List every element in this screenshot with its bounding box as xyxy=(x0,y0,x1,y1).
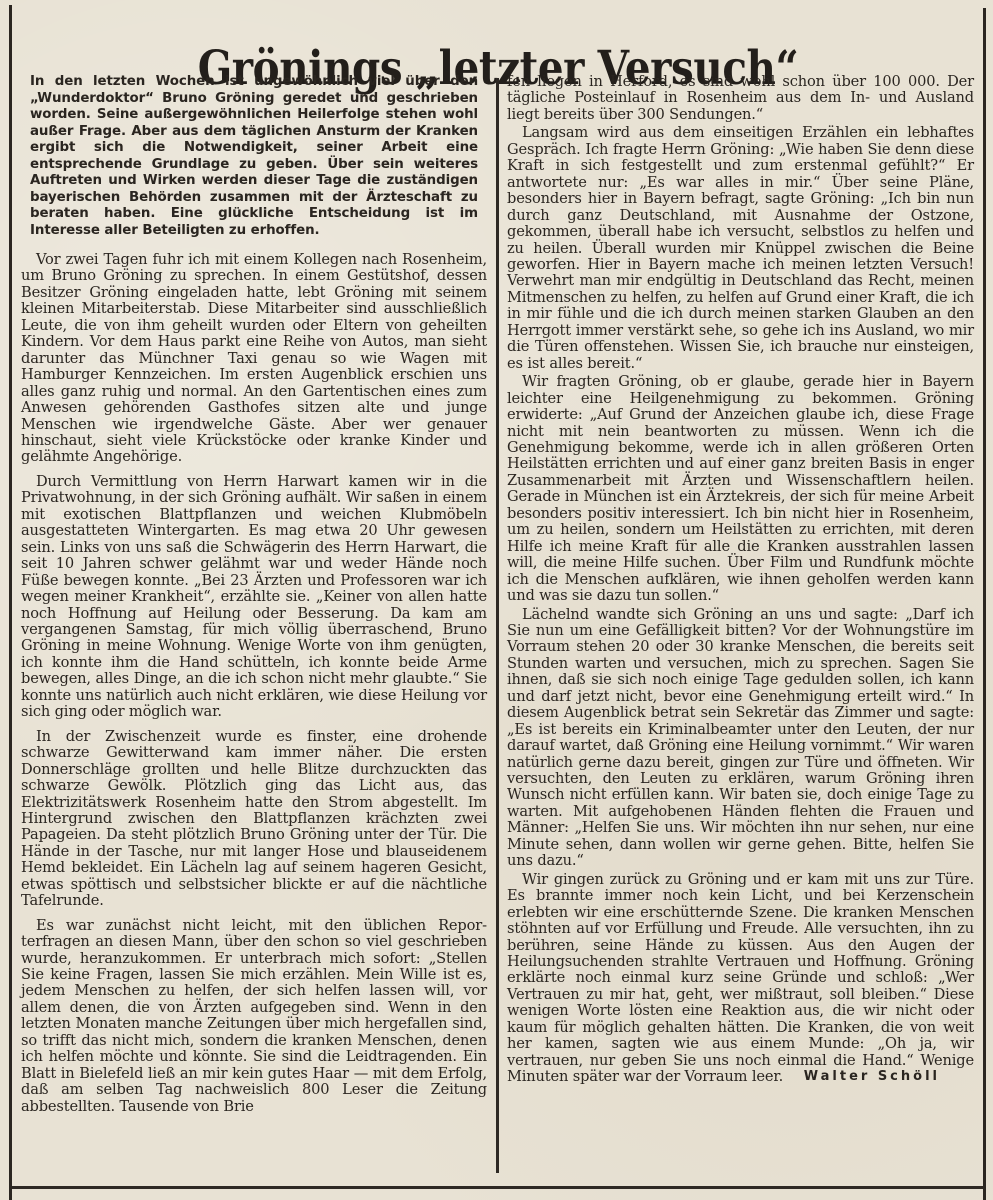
article-column-left: In den letzten Wochen ist ungewöhnlich v… xyxy=(21,74,487,1123)
paragraph: In der Zwischenzeit wurde es finster, ei… xyxy=(21,729,487,910)
author-signature: Walter Schöll xyxy=(789,1069,940,1085)
paragraph-final: Wir gingen zurück zu Gröning und er kam … xyxy=(507,872,974,1086)
paragraph: Langsam wird aus dem einseitigen Erzähle… xyxy=(507,125,974,372)
paragraph: Wir fragten Gröning, ob er glaube, gerad… xyxy=(507,374,974,604)
bottom-rule xyxy=(12,1186,984,1189)
paragraph: Durch Vermittlung von Herrn Harwart kame… xyxy=(21,474,487,721)
column-divider xyxy=(496,78,499,1173)
paragraph: Lächelnd wandte sich Gröning an uns und … xyxy=(507,607,974,870)
page-border-left xyxy=(9,5,12,1200)
paragraph-final-text: Wir gingen zurück zu Gröning und er kam … xyxy=(507,871,974,1085)
article-intro-text: In den letzten Wochen ist ungewöhnlich v… xyxy=(30,74,478,238)
paragraph: fen liegen in Herford, es sind wohl scho… xyxy=(507,74,974,123)
article-intro: In den letzten Wochen ist ungewöhnlich v… xyxy=(21,74,478,239)
page-border-right xyxy=(983,8,986,1200)
paragraph: Es war zunächst nicht leicht, mit den üb… xyxy=(21,918,487,1115)
article-column-right: fen liegen in Herford, es sind wohl scho… xyxy=(507,74,974,1088)
paragraph: Vor zwei Tagen fuhr ich mit einem Kolleg… xyxy=(21,252,487,466)
